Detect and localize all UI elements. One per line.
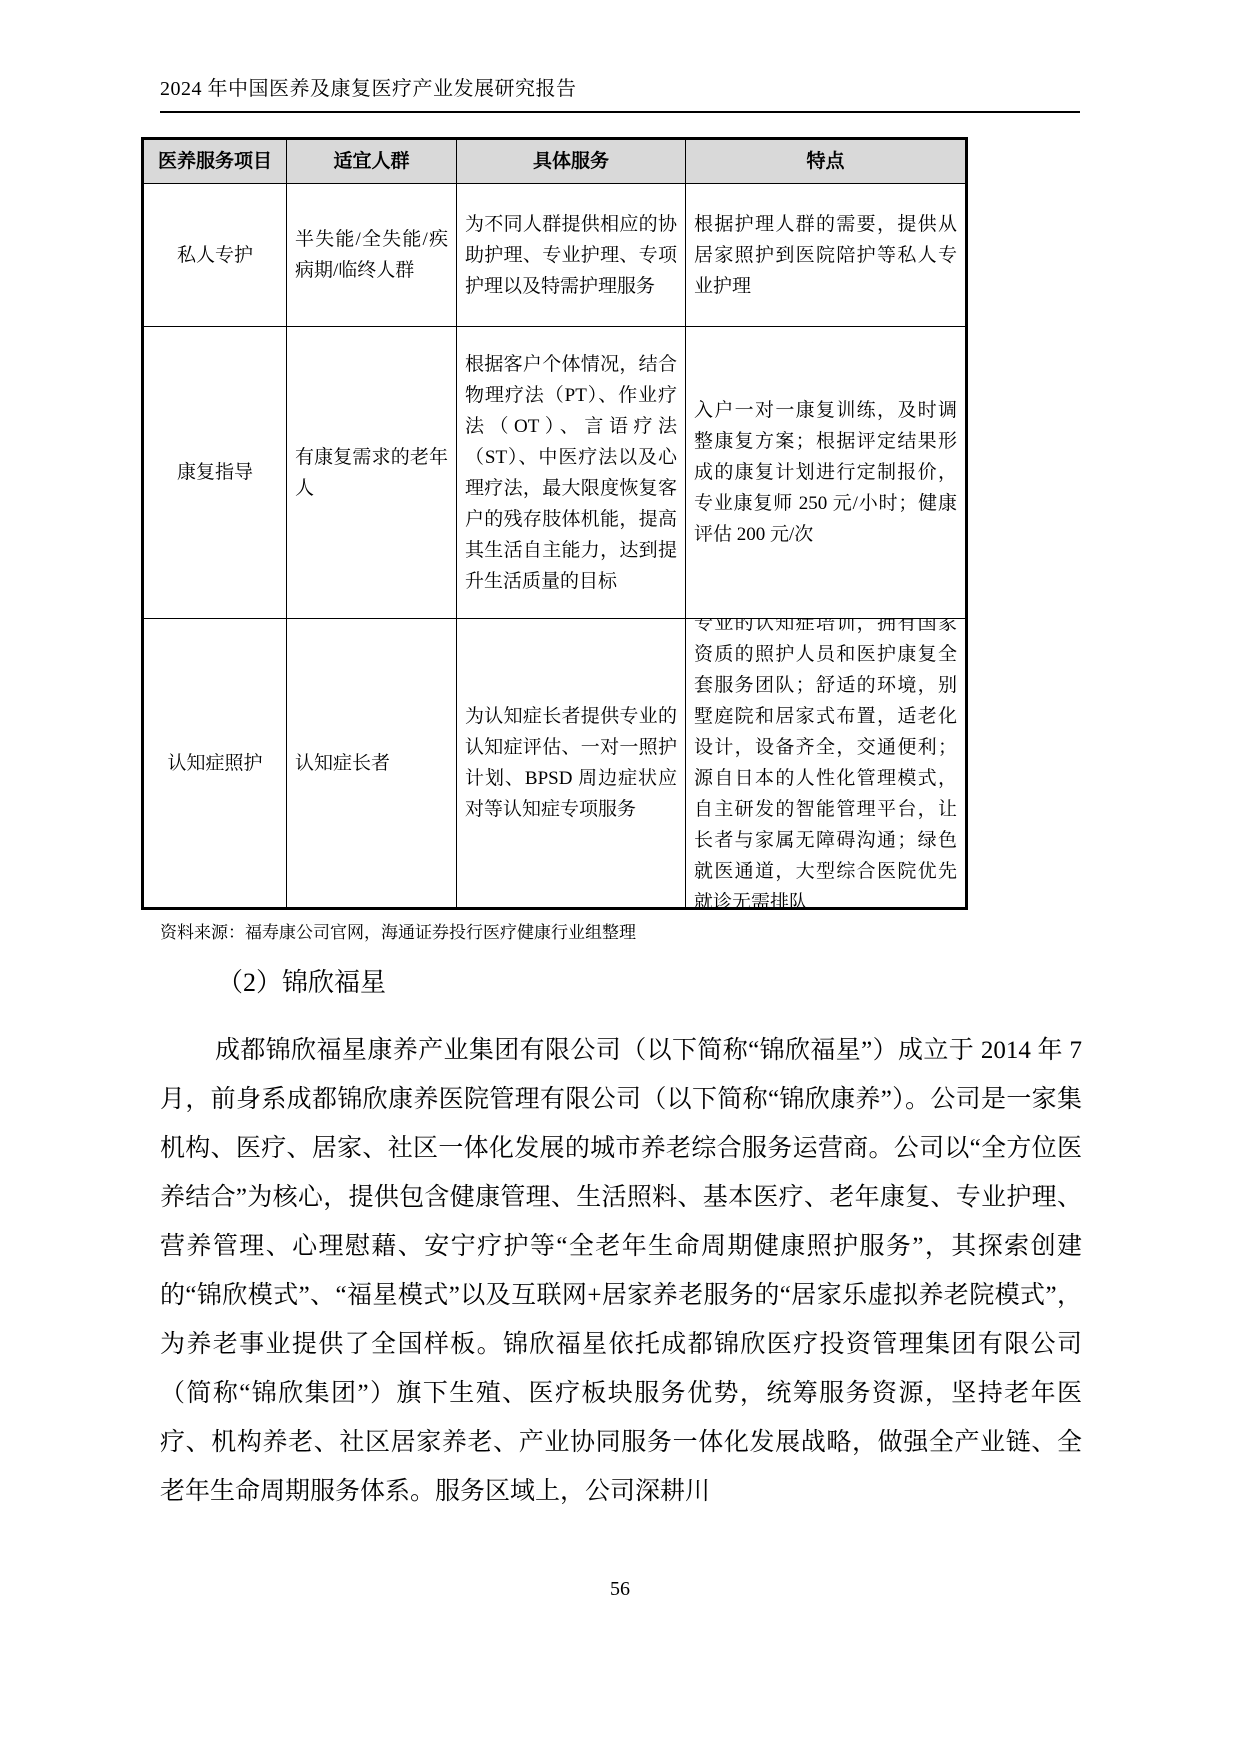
- column-header-services: 具体服务: [457, 140, 686, 184]
- cell-audience: 认知症长者: [287, 619, 457, 907]
- cell-service-item: 康复指导: [144, 327, 287, 619]
- medical-care-services-table: 医养服务项目 适宜人群 具体服务 特点 私人专护 半失能/全失能/疾病期/临终人…: [141, 137, 968, 910]
- cell-service-item: 私人专护: [144, 184, 287, 327]
- table-row: 认知症照护 认知症长者 为认知症长者提供专业的认知症评估、一对一照护计划、BPS…: [144, 619, 965, 907]
- cell-service-item: 认知症照护: [144, 619, 287, 907]
- cell-audience: 半失能/全失能/疾病期/临终人群: [287, 184, 457, 327]
- column-header-features: 特点: [686, 140, 965, 184]
- cell-audience: 有康复需求的老年人: [287, 327, 457, 619]
- cell-features: 入户一对一康复训练，及时调整康复方案；根据评定结果形成的康复计划进行定制报价，专…: [686, 327, 965, 619]
- section-heading-jinxin-fuxing: （2）锦欣福星: [160, 962, 1080, 999]
- body-paragraph: 成都锦欣福星康养产业集团有限公司（以下简称“锦欣福星”）成立于 2014 年 7…: [160, 1026, 1082, 1516]
- table-header-row: 医养服务项目 适宜人群 具体服务 特点: [144, 140, 965, 184]
- column-header-audience: 适宜人群: [287, 140, 457, 184]
- cell-features: 根据护理人群的需要，提供从居家照护到医院陪护等私人专业护理: [686, 184, 965, 327]
- table-row: 私人专护 半失能/全失能/疾病期/临终人群 为不同人群提供相应的协助护理、专业护…: [144, 184, 965, 327]
- cell-services: 为不同人群提供相应的协助护理、专业护理、专项护理以及特需护理服务: [457, 184, 686, 327]
- report-running-title: 2024 年中国医养及康复医疗产业发展研究报告: [160, 72, 1080, 113]
- table-source-note: 资料来源：福寿康公司官网，海通证券投行医疗健康行业组整理: [160, 918, 1080, 943]
- table-row: 康复指导 有康复需求的老年人 根据客户个体情况，结合物理疗法（PT）、作业疗法（…: [144, 327, 965, 619]
- cell-features: 专业的认知症培训，拥有国家资质的照护人员和医护康复全套服务团队；舒适的环境，别墅…: [686, 619, 965, 907]
- column-header-service-item: 医养服务项目: [144, 140, 287, 184]
- page-number: 56: [0, 1578, 1240, 1601]
- cell-services: 为认知症长者提供专业的认知症评估、一对一照护计划、BPSD 周边症状应对等认知症…: [457, 619, 686, 907]
- cell-services: 根据客户个体情况，结合物理疗法（PT）、作业疗法（OT）、言语疗法（ST）、中医…: [457, 327, 686, 619]
- document-page: 2024 年中国医养及康复医疗产业发展研究报告 医养服务项目 适宜人群 具体服务…: [0, 0, 1240, 1754]
